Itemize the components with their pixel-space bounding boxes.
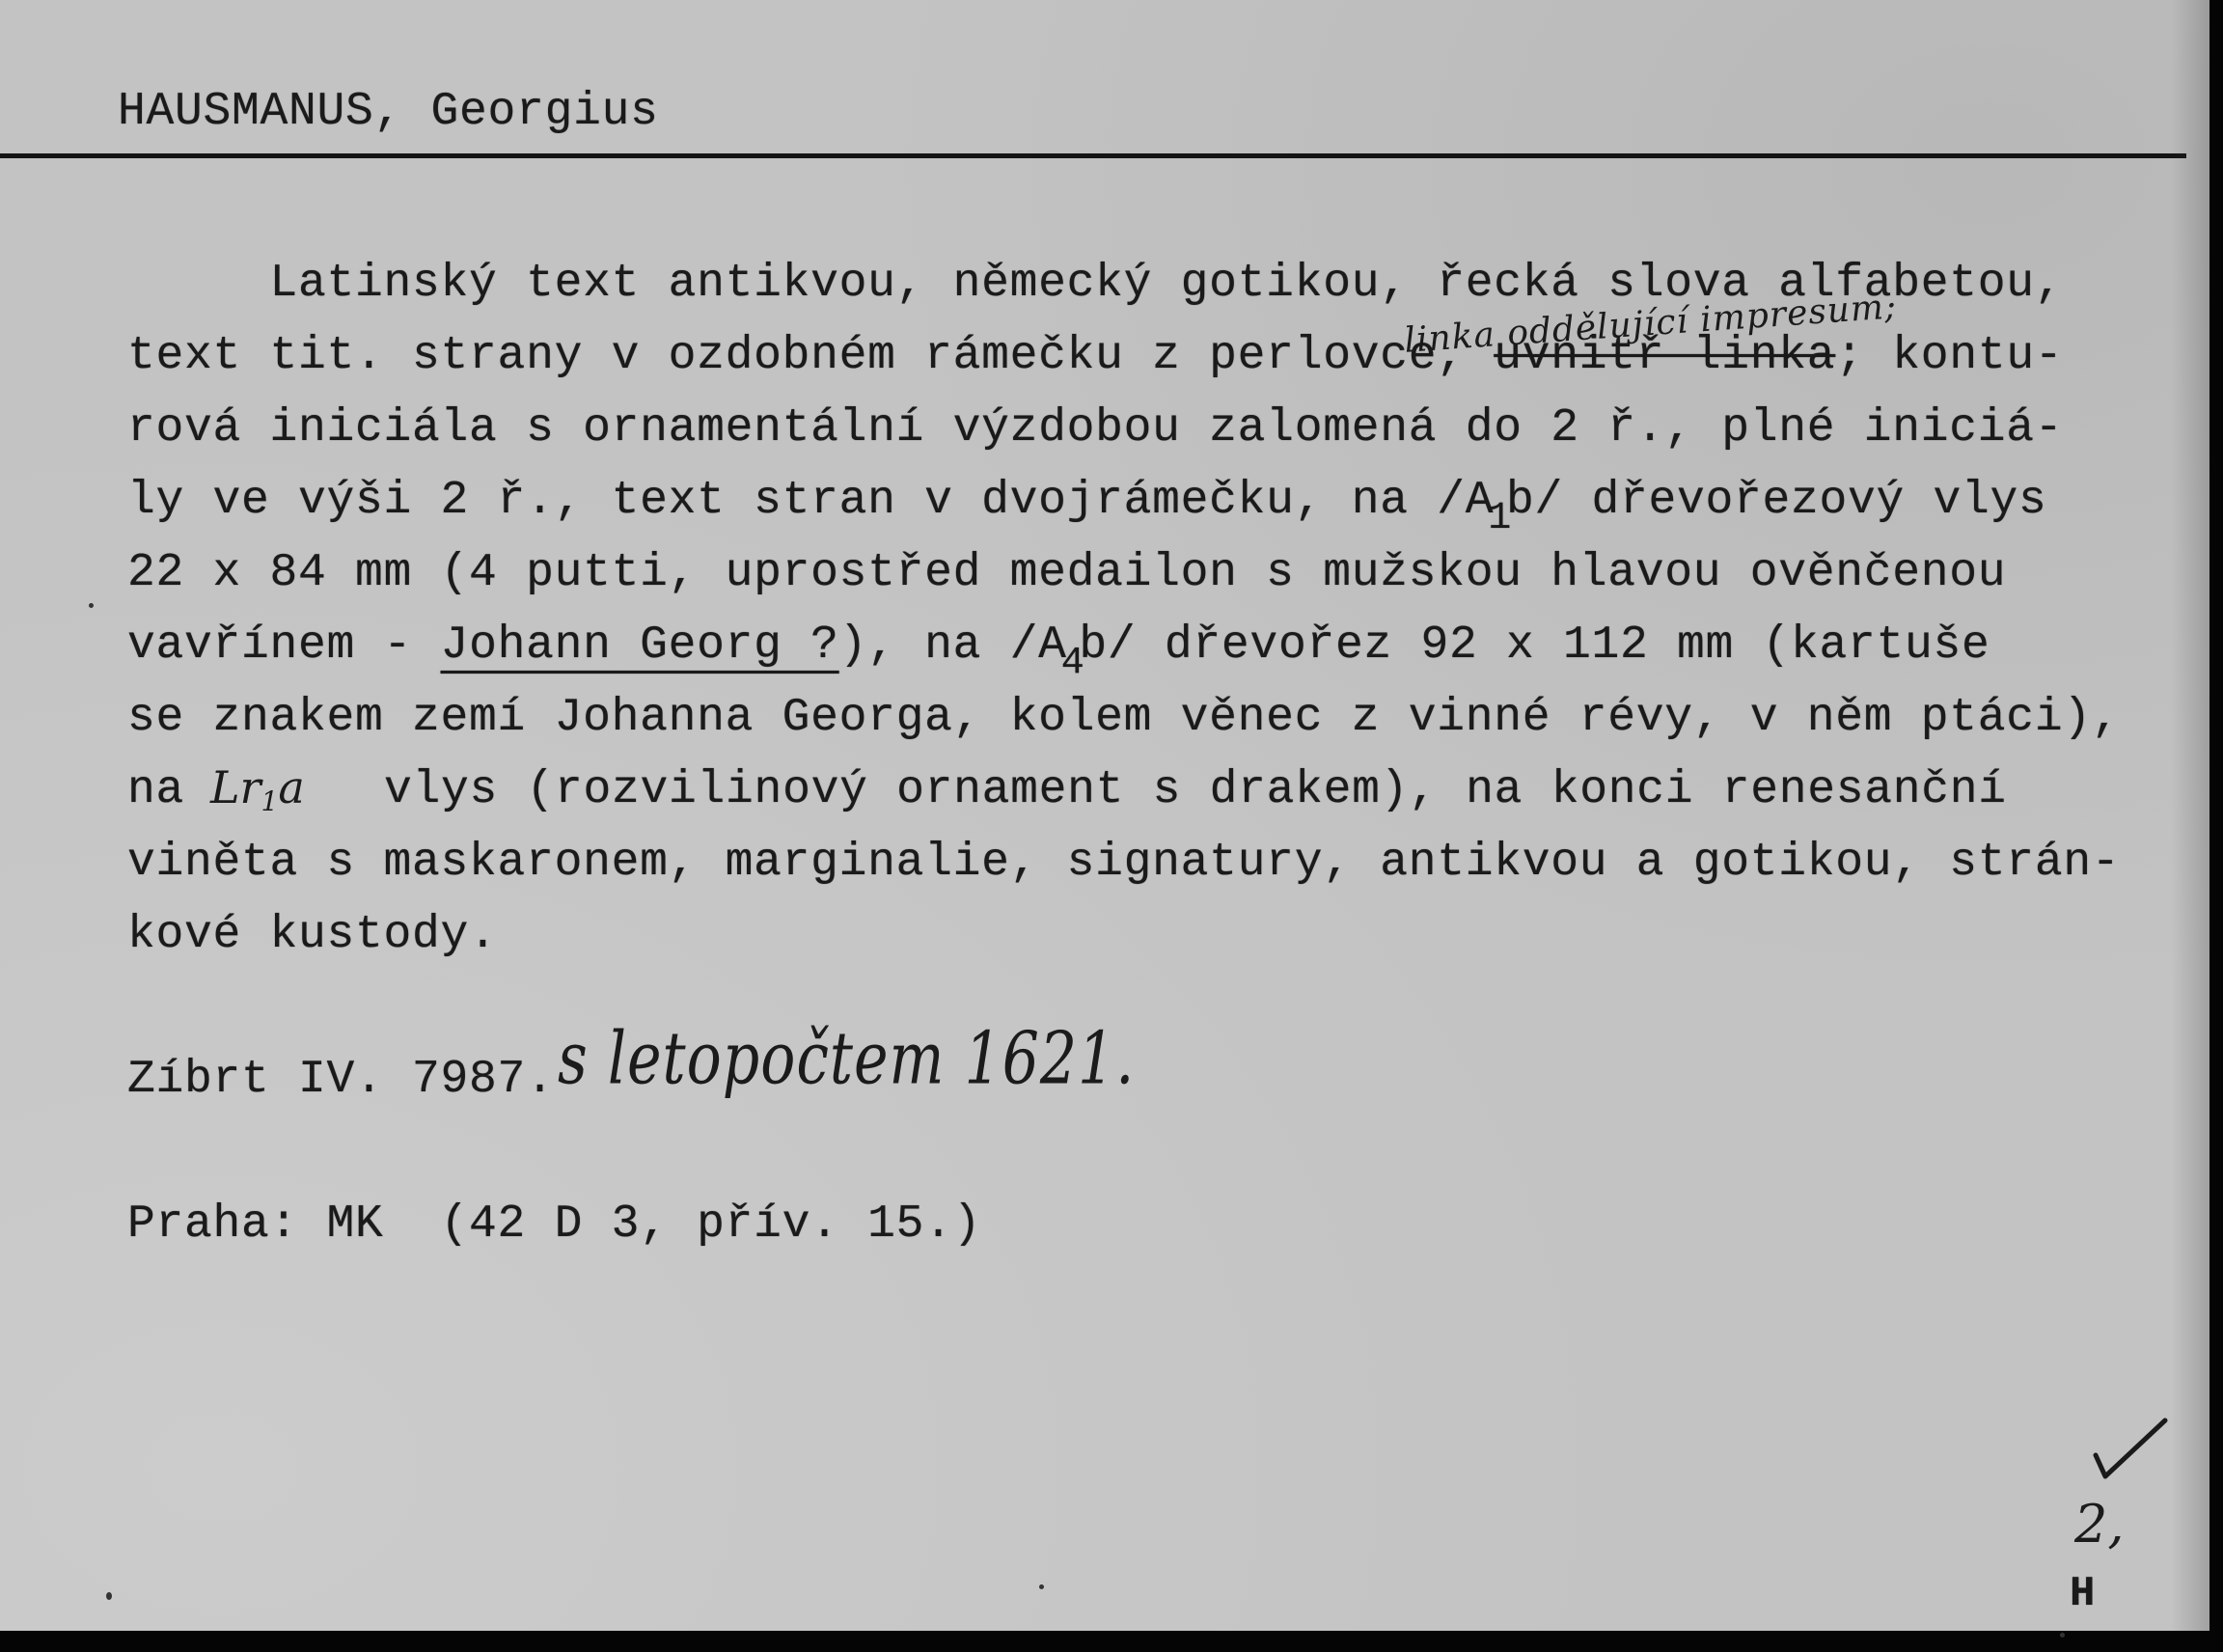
description-line-9: viněta s maskaronem, marginalie, signatu… (127, 840, 2120, 886)
heading-rule (0, 153, 2186, 158)
description-line-7: se znakem zemí Johanna Georga, kolem věn… (127, 695, 2120, 741)
hand-post: a (278, 761, 304, 813)
description-line-2: text tit. strany v ozdobném rámečku z pe… (127, 333, 2063, 379)
struck-text: uvnitř linka (1494, 330, 1835, 382)
paper-speck (1039, 1584, 1044, 1589)
line-4-text: ly ve výši 2 ř., text stran v dvojrámečk… (127, 475, 1494, 527)
reference-handwritten: s letopočtem 1621. (558, 1023, 1135, 1095)
description-line-3: rová iniciála s ornamentální výzdobou za… (127, 405, 2063, 452)
subscript: 1 (1488, 497, 1512, 540)
location-shelfmark: Praha: MK (42 D 3, přív. 15.) (127, 1201, 981, 1248)
line-4-end: b/ dřevořezový vlys (1506, 475, 2047, 527)
page-number-handwritten: 2, (2074, 1499, 2125, 1551)
corner-letter: H (2070, 1573, 2096, 1615)
paper-speck (89, 603, 94, 608)
description-line-10: kové kustody. (127, 912, 498, 958)
reference-typed: Zíbrt IV. 7987. (127, 1057, 555, 1103)
underlined-name: Johann Georg ? (441, 619, 839, 672)
description-line-4: ly ve výši 2 ř., text stran v dvojrámečk… (127, 478, 2047, 524)
line-2-end: ; kontu- (1835, 330, 2063, 382)
description-line-6: vavřínem - Johann Georg ?), na /A4b/ dře… (127, 622, 1990, 669)
line-6-text: vavřínem - (127, 619, 441, 672)
handwritten-signature-mark: Lr1a (210, 765, 305, 810)
line-2-text: text tit. strany v ozdobném rámečku z pe… (127, 330, 1494, 382)
catalog-card: HAUSMANUS, Georgius Latinský text antikv… (0, 0, 2209, 1631)
paper-speck (2060, 1633, 2065, 1638)
hand-sub: 1 (261, 785, 279, 817)
card-heading: HAUSMANUS, Georgius (118, 89, 659, 135)
description-line-8-start: na (127, 767, 184, 813)
hand-main: Lr (210, 761, 261, 813)
description-line-8-end: vlys (rozvilinový ornament s drakem), na… (384, 767, 2007, 813)
line-6-end: b/ dřevořez 92 x 112 mm (kartuše (1079, 619, 1990, 672)
check-mark-icon (2092, 1417, 2169, 1484)
subscript: 4 (1061, 642, 1085, 685)
description-line-5: 22 x 84 mm (4 putti, uprostřed medailon … (127, 550, 2006, 596)
line-6-mid: ), na /A (839, 619, 1067, 672)
paper-speck (106, 1592, 112, 1600)
